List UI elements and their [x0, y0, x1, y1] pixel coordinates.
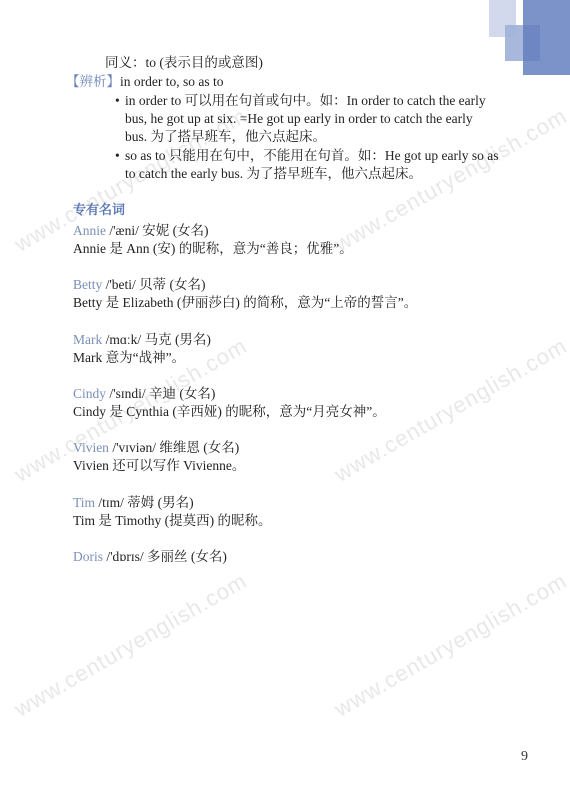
- corner-decoration-block: [523, 25, 540, 61]
- bullet-continuation: bus, he got up at six. =He got up early …: [125, 110, 473, 128]
- bullet-item: •so as to 只能用在句中，不能用在句首。如：He got up earl…: [115, 147, 498, 165]
- name-word: Tim: [73, 495, 95, 510]
- analysis-header: 【辨析】in order to, so as to: [66, 73, 224, 91]
- watermark: www.centuryenglish.com: [10, 568, 252, 723]
- name-word: Doris: [73, 549, 103, 564]
- name-word: Annie: [73, 223, 106, 238]
- name-entry-desc: Mark 意为“战神”。: [73, 349, 185, 367]
- name-entry-desc: Tim 是 Timothy (提莫西) 的昵称。: [73, 512, 272, 530]
- name-word: Betty: [73, 277, 102, 292]
- bullet-item: •in order to 可以用在句首或句中。如：In order to cat…: [115, 92, 486, 110]
- watermark: www.centuryenglish.com: [330, 568, 570, 723]
- name-entry-desc: Betty 是 Elizabeth (伊丽莎白) 的简称，意为“上帝的誓言”。: [73, 294, 417, 312]
- name-entry-title: Doris /'dɒrɪs/ 多丽丝 (女名): [73, 548, 227, 566]
- page-number: 9: [521, 749, 528, 765]
- name-entry-desc: Annie 是 Ann (安) 的昵称，意为“善良；优雅”。: [73, 240, 353, 258]
- name-word: Vivien: [73, 440, 109, 455]
- name-word: Cindy: [73, 386, 106, 401]
- synonym-line: 同义：to (表示目的或意图): [105, 54, 263, 72]
- bullet-continuation: bus. 为了搭早班车，他六点起床。: [125, 128, 326, 146]
- bullet-icon: •: [115, 92, 125, 110]
- bullet-continuation: to catch the early bus. 为了搭早班车，他六点起床。: [125, 165, 422, 183]
- name-entry-title: Vivien /'vɪviən/ 维维恩 (女名): [73, 439, 239, 457]
- name-entry-title: Mark /mɑːk/ 马克 (男名): [73, 331, 211, 349]
- name-entry-title: Cindy /'sɪndi/ 辛迪 (女名): [73, 385, 215, 403]
- analysis-label: 【辨析】: [66, 74, 120, 89]
- bullet-icon: •: [115, 147, 125, 165]
- analysis-title: in order to, so as to: [120, 74, 224, 89]
- name-word: Mark: [73, 332, 102, 347]
- name-entry-title: Betty /'beti/ 贝蒂 (女名): [73, 276, 206, 294]
- section-heading: 专有名词: [73, 199, 125, 218]
- name-entry-desc: Vivien 还可以写作 Vivienne。: [73, 457, 245, 475]
- name-entry-desc: Cindy 是 Cynthia (辛西娅) 的昵称，意为“月亮女神”。: [73, 403, 386, 421]
- name-entry-title: Tim /tɪm/ 蒂姆 (男名): [73, 494, 194, 512]
- name-entry-title: Annie /'æni/ 安妮 (女名): [73, 222, 209, 240]
